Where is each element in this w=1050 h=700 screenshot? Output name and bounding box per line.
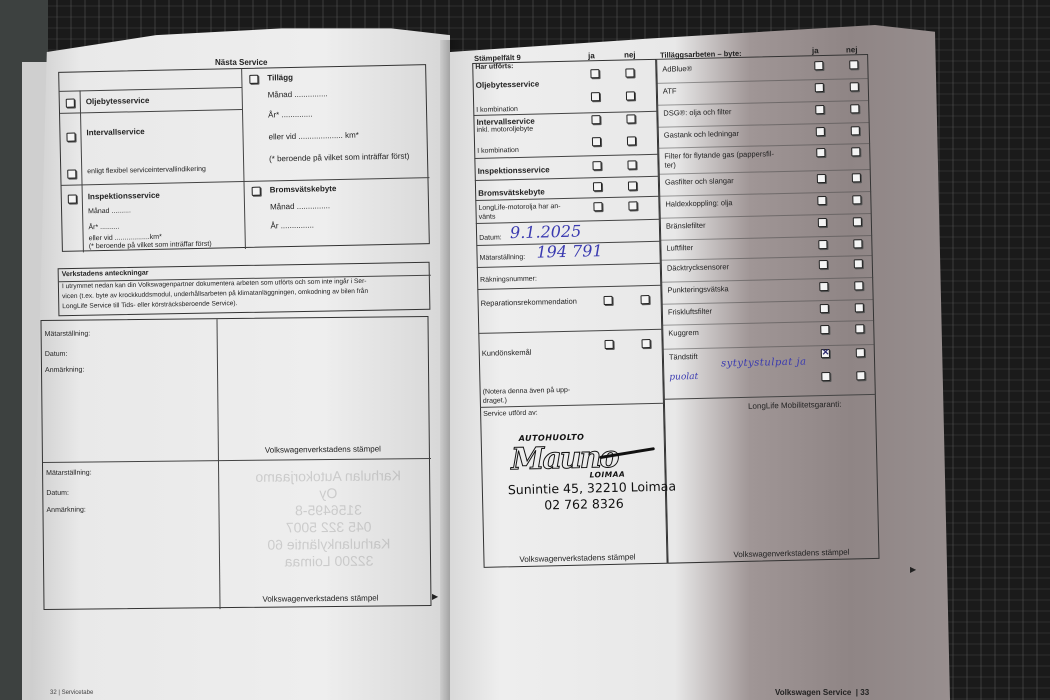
addition-title: Tillägg [267, 73, 293, 83]
additional-work-no-checkbox[interactable] [849, 60, 858, 69]
left-page-section: Servicetabe [62, 690, 94, 696]
entry-2-odometer-label: Mätarställning: [46, 470, 92, 477]
inspection-no-checkbox[interactable] [627, 160, 636, 169]
brake-fluid-no-checkbox[interactable] [628, 181, 637, 190]
entry-1-remark-label: Anmärkning: [45, 367, 84, 374]
addition-footnote: (* beroende på vilket som inträffar förs… [269, 152, 410, 164]
additional-work-item-label: Gasfilter och slangar [665, 176, 734, 187]
additional-work-item-label: Tändstift [669, 352, 698, 362]
additional-work-item-label: Punkteringsvätska [667, 284, 728, 294]
combination-2-yes-checkbox[interactable] [592, 137, 601, 146]
longlife-oil-yes-checkbox[interactable] [593, 202, 602, 211]
performed-by-label: Service utförd av: [483, 410, 538, 418]
additional-work-yes-checkbox[interactable] [821, 372, 830, 381]
brake-fluid-checkbox[interactable] [252, 187, 261, 196]
additional-work-item-label: ATF [663, 86, 677, 95]
repair-recommendation-yes-checkbox[interactable] [604, 296, 613, 305]
addition-year-field[interactable]: År* .............. [268, 110, 313, 120]
inspection-service-label: Inspektionsservice [88, 191, 160, 202]
stamp-brand-city: LOIMAA [589, 470, 625, 480]
additional-work-yes-checkbox[interactable] [819, 282, 828, 291]
service-booklet-page-33: Stämpelfält 9 ja nej Har utförts: Oljeby… [450, 25, 950, 700]
additional-work-yes-checkbox[interactable] [818, 240, 827, 249]
additional-work-item-label: Bränslefilter [666, 221, 706, 231]
additional-work-item-label: AdBlue® [662, 64, 692, 74]
stamp-phone: 02 762 8326 [544, 496, 624, 513]
inspection-year-field[interactable]: År* .......... [88, 224, 119, 232]
inspection-service-checkbox[interactable] [68, 195, 77, 204]
bleed-through-stamp: Karhulan Autokorjaamo Oy 3156495-8 045 3… [248, 467, 409, 571]
combination-1-yes-checkbox[interactable] [591, 92, 600, 101]
addition-checkbox[interactable] [249, 75, 258, 84]
left-page-number: 32 [50, 690, 57, 696]
additional-work-item-label: Däcktrycksensorer [667, 262, 729, 272]
additional-work-yes-checkbox[interactable] [820, 304, 829, 313]
additional-work-no-header: nej [846, 45, 858, 54]
additional-work-yes-checkbox[interactable] [816, 127, 825, 136]
additional-work-no-checkbox[interactable] [850, 82, 859, 91]
inspection-yes-checkbox[interactable] [592, 161, 601, 170]
date-label: Datum: [479, 234, 502, 242]
stamp-row-inspection: Inspektionsservice [478, 165, 550, 176]
additional-work-yes-checkbox[interactable] [820, 325, 829, 334]
brake-fluid-month-field[interactable]: Månad ............... [270, 201, 330, 211]
repair-recommendation-no-checkbox[interactable] [640, 295, 649, 304]
brake-fluid-year-field[interactable]: År ............... [270, 221, 314, 231]
additional-work-yes-checkbox[interactable] [814, 61, 823, 70]
additional-work-no-checkbox[interactable] [852, 173, 861, 182]
additional-work-yes-checkbox[interactable] [818, 218, 827, 227]
oil-service-yes-checkbox[interactable] [590, 69, 599, 78]
combination-1-no-checkbox[interactable] [626, 91, 635, 100]
addition-month-field[interactable]: Månad ............... [268, 89, 328, 99]
spark-plug-note-line-1: sytytystulpat ja [721, 356, 807, 369]
continue-arrow-icon: ▶ [910, 565, 916, 574]
stamp-row-oil-service: Oljebytesservice [476, 79, 540, 89]
additional-work-yes-checkbox[interactable] [821, 349, 830, 358]
workshop-notes-title: Verkstadens anteckningar [62, 270, 149, 279]
customer-request-label: Kundönskemål [482, 348, 532, 358]
spark-plug-note-line-2: puolat [669, 372, 698, 383]
additional-work-no-checkbox[interactable] [850, 104, 859, 113]
additional-work-no-checkbox[interactable] [854, 281, 863, 290]
additional-work-no-checkbox[interactable] [853, 239, 862, 248]
additional-work-no-checkbox[interactable] [855, 303, 864, 312]
additional-work-no-checkbox[interactable] [854, 259, 863, 268]
additional-work-no-checkbox[interactable] [856, 348, 865, 357]
workshop-notes-text-2: vicen (t.ex. byte av krockkuddsmodul, un… [62, 288, 368, 300]
stamp-field-yes-header: ja [588, 51, 595, 60]
flexible-indicator-label: enligt flexibel serviceintervallindikeri… [87, 166, 206, 175]
additional-work-yes-checkbox[interactable] [815, 105, 824, 114]
additional-work-no-checkbox[interactable] [853, 217, 862, 226]
invoice-number-label: Räkningsnummer: [480, 276, 537, 284]
flexible-indicator-checkbox[interactable] [67, 170, 76, 179]
next-service-title: Nästa Service [215, 58, 267, 67]
performed-label: Har utförts: [475, 63, 513, 71]
additional-work-yes-checkbox[interactable] [815, 83, 824, 92]
stamp-row-combination-1: I kombination [476, 106, 518, 114]
stamp-field-no-header: nej [624, 50, 636, 59]
customer-request-yes-checkbox[interactable] [605, 340, 614, 349]
entry-2-stamp-label: Volkswagenverkstadens stämpel [262, 594, 378, 604]
next-service-box: Oljebytesservice Intervallservice enligt… [58, 64, 430, 252]
combination-2-no-checkbox[interactable] [627, 136, 636, 145]
left-page-footer: 32 | Servicetabe [50, 690, 93, 696]
right-page-number: 33 [860, 688, 869, 697]
oil-service-label: Oljebytesservice [86, 96, 150, 106]
stamp-field-form: Stämpelfält 9 ja nej Har utförts: Oljeby… [472, 46, 881, 615]
stamp-row-combination-2: I kombination [477, 147, 519, 155]
stamp-field-title: Stämpelfält 9 [474, 53, 521, 63]
continue-arrow-icon: ▶ [432, 592, 438, 601]
entry-2-date-label: Datum: [46, 490, 69, 497]
longlife-oil-no-checkbox[interactable] [628, 201, 637, 210]
additional-work-item-label: Kuggrem [668, 328, 699, 338]
additional-work-no-checkbox[interactable] [851, 126, 860, 135]
entry-2-remark-label: Anmärkning: [46, 507, 85, 514]
workshop-entries-table: Mätarställning: Datum: Anmärkning: Volks… [40, 316, 431, 610]
additional-work-item-label: Luftfilter [666, 243, 693, 253]
customer-request-no-checkbox[interactable] [641, 339, 650, 348]
additional-work-item-label: DSG®: olja och filter [663, 107, 731, 118]
additional-work-no-checkbox[interactable] [855, 324, 864, 333]
brake-fluid-title: Bromsvätskebyte [270, 184, 337, 194]
customer-note-line-2: draget.) [483, 397, 507, 405]
right-page-section: Volkswagen Service [775, 688, 851, 697]
right-page-footer: Volkswagen Service | 33 [775, 688, 869, 697]
workshop-notes-box: Verkstadens anteckningar I utrymmet neda… [58, 262, 431, 316]
oil-service-no-checkbox[interactable] [625, 68, 634, 77]
interval-service-label: Intervallservice [86, 127, 144, 137]
additional-work-yes-checkbox[interactable] [816, 148, 825, 157]
additional-work-no-checkbox[interactable] [856, 371, 865, 380]
interval-service-no-checkbox[interactable] [626, 114, 635, 123]
additional-work-yes-checkbox[interactable] [817, 174, 826, 183]
interval-service-checkbox[interactable] [66, 133, 75, 142]
inspection-footnote: (* beroende på vilket som inträffar förs… [89, 241, 212, 251]
stamp-row-interval-service-sub: inkl. motoroljebyte [477, 126, 534, 134]
addition-km-field[interactable]: eller vid .................... km* [268, 131, 358, 142]
additional-work-yes-checkbox[interactable] [817, 196, 826, 205]
additional-work-item-sublabel: ter) [664, 160, 675, 169]
additional-work-item-label: Haldexkoppling: olja [665, 198, 732, 209]
inspection-month-field[interactable]: Månad .......... [88, 207, 131, 215]
additional-work-yes-header: ja [812, 46, 819, 55]
additional-work-no-checkbox[interactable] [851, 147, 860, 156]
additional-work-no-checkbox[interactable] [852, 195, 861, 204]
service-booklet-page-32: Nästa Service Oljebytesservice Intervall… [30, 25, 450, 700]
additional-work-title: Tilläggsarbeten – byte: [660, 49, 742, 60]
workshop-notes-text-3: LongLife Service till Tids- eller körstr… [62, 300, 237, 310]
stamp-row-brake-fluid: Bromsvätskebyte [478, 187, 545, 198]
interval-service-yes-checkbox[interactable] [591, 115, 600, 124]
odometer-value-handwritten[interactable]: 194 791 [536, 241, 603, 261]
entry-1-date-label: Datum: [45, 351, 68, 358]
additional-work-item-label: Gastank och ledningar [664, 129, 739, 140]
brake-fluid-yes-checkbox[interactable] [593, 182, 602, 191]
oil-service-checkbox[interactable] [66, 99, 75, 108]
entry-1-odometer-label: Mätarställning: [45, 331, 91, 338]
date-value-handwritten[interactable]: 9.1.2025 [510, 222, 582, 243]
entry-1-stamp-label: Volkswagenverkstadens stämpel [265, 444, 381, 454]
additional-work-yes-checkbox[interactable] [819, 260, 828, 269]
odometer-label: Mätarställning: [480, 254, 526, 262]
additional-work-item-label: Friskluftsfilter [668, 307, 712, 317]
stamp-row-longlife-oil-sub: vänts [479, 214, 496, 221]
